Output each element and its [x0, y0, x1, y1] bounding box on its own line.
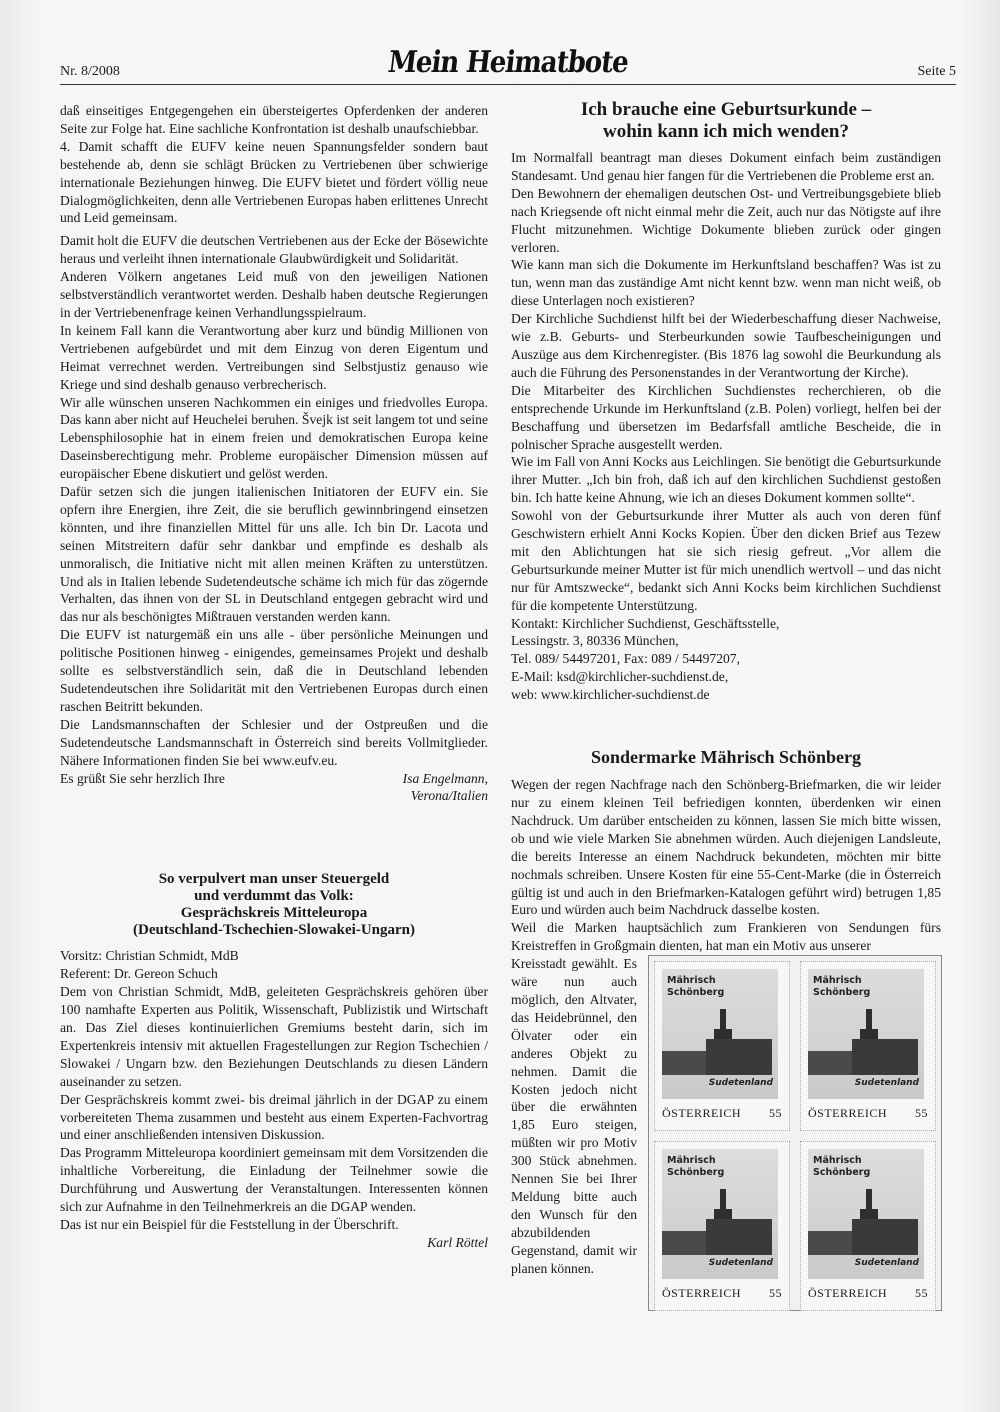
- stamp-city-label: Mährisch Schönberg: [813, 1155, 873, 1179]
- paragraph: Das Programm Mitteleuropa koordiniert ge…: [60, 1144, 488, 1216]
- paragraph: Wegen der regen Nachfrage nach den Schön…: [511, 776, 941, 919]
- stamp-country: ÖSTERREICH: [662, 1105, 741, 1123]
- stamp: Mährisch Schönberg Sudetenland ÖSTERREIC…: [800, 1141, 936, 1311]
- paragraph: Die Landsmannschaften der Schlesier und …: [60, 716, 488, 770]
- paragraph: Wie im Fall von Anni Kocks aus Leichling…: [511, 453, 941, 507]
- author-name: Karl Röttel: [60, 1234, 488, 1252]
- birth-certificate-article: Ich brauche eine Geburtsurkunde – wohin …: [511, 99, 941, 704]
- stamp-city-label: Mährisch Schönberg: [667, 975, 727, 999]
- stamp-article: Sondermarke Mährisch Schönberg Wegen der…: [511, 746, 941, 1277]
- paragraph: Im Normalfall beantragt man dieses Dokum…: [511, 149, 941, 185]
- paragraph: Die Mitarbeiter des Kirchlichen Suchdien…: [511, 382, 941, 454]
- contact-phone: Tel. 089/ 54497201, Fax: 089 / 54497207,: [511, 650, 941, 668]
- stamp-region-label: Sudetenland: [855, 1255, 919, 1273]
- title-line: Gesprächskreis Mitteleuropa: [60, 905, 488, 922]
- paragraph: In keinem Fall kann die Verantwortung ab…: [60, 322, 488, 394]
- eufv-letter: daß einseitiges Entgegengehen ein überst…: [60, 102, 488, 805]
- stamp-city-label: Mährisch Schönberg: [813, 975, 873, 999]
- stamp-value: 55: [769, 1285, 782, 1303]
- paragraph: 4. Damit schafft die EUFV keine neuen Sp…: [60, 138, 488, 228]
- right-column: Ich brauche eine Geburtsurkunde – wohin …: [511, 99, 941, 1277]
- speaker-line: Referent: Dr. Gereon Schuch: [60, 965, 488, 983]
- article-title: So verpulvert man unser Steuergeld und v…: [60, 871, 488, 939]
- page-number: Seite 5: [918, 64, 957, 80]
- steuergeld-article: So verpulvert man unser Steuergeld und v…: [60, 871, 488, 1251]
- title-line: (Deutschland-Tschechien-Slowakei-Ungarn): [60, 922, 488, 939]
- paragraph: Dem von Christian Schmidt, MdB, geleitet…: [60, 983, 488, 1090]
- stamp-country: ÖSTERREICH: [808, 1285, 887, 1303]
- page-header: Nr. 8/2008 Mein Heimatbote Seite 5: [60, 44, 956, 85]
- paragraph: Das ist nur ein Beispiel für die Festste…: [60, 1216, 488, 1234]
- paragraph: Anderen Völkern angetanes Leid muß von d…: [60, 268, 488, 322]
- stamp-value: 55: [915, 1105, 928, 1123]
- paragraph: Wie kann man sich die Dokumente im Herku…: [511, 256, 941, 310]
- title-line: Ich brauche eine Geburtsurkunde –: [511, 99, 941, 121]
- contact-block: Kontakt: Kirchlicher Suchdienst, Geschäf…: [511, 615, 941, 705]
- stamp-illustration: Mährisch Schönberg Sudetenland: [662, 969, 778, 1099]
- stamp: Mährisch Schönberg Sudetenland ÖSTERREIC…: [800, 961, 936, 1131]
- article-title: Sondermarke Mährisch Schönberg: [511, 746, 941, 768]
- stamp-sheet-image: Mährisch Schönberg Sudetenland ÖSTERREIC…: [648, 955, 942, 1311]
- contact-address: Lessingstr. 3, 80336 München,: [511, 632, 941, 650]
- title-line: wohin kann ich mich wenden?: [511, 121, 941, 143]
- stamp-section: Kreisstadt gewählt. Es wäre nun auch mög…: [511, 955, 941, 1277]
- closing-line: Es grüßt Sie sehr herzlich Ihre: [60, 770, 225, 788]
- stamp-country: ÖSTERREICH: [662, 1285, 741, 1303]
- paragraph: Weil die Marken hauptsächlich zum Franki…: [511, 919, 941, 955]
- masthead-logo: Mein Heimatbote: [58, 46, 958, 81]
- contact-email: E-Mail: ksd@kirchlicher-suchdienst.de,: [511, 668, 941, 686]
- stamp-region-label: Sudetenland: [855, 1075, 919, 1093]
- paragraph: Der Kirchliche Suchdienst hilft bei der …: [511, 310, 941, 382]
- stamp-region-label: Sudetenland: [709, 1255, 773, 1273]
- stamp-illustration: Mährisch Schönberg Sudetenland: [808, 1149, 924, 1279]
- title-line: So verpulvert man unser Steuergeld: [60, 871, 488, 888]
- stamp: Mährisch Schönberg Sudetenland ÖSTERREIC…: [654, 1141, 790, 1311]
- author-location: Verona/Italien: [60, 787, 488, 805]
- paragraph: Die EUFV ist naturgemäß ein uns alle - ü…: [60, 626, 488, 716]
- article-title: Ich brauche eine Geburtsurkunde – wohin …: [511, 99, 941, 143]
- chair-line: Vorsitz: Christian Schmidt, MdB: [60, 947, 488, 965]
- stamp-country: ÖSTERREICH: [808, 1105, 887, 1123]
- paragraph: Wir alle wünschen unseren Nachkommen ein…: [60, 394, 488, 484]
- left-column: daß einseitiges Entgegengehen ein überst…: [60, 102, 488, 1252]
- stamp: Mährisch Schönberg Sudetenland ÖSTERREIC…: [654, 961, 790, 1131]
- stamp-region-label: Sudetenland: [709, 1075, 773, 1093]
- author-name: Isa Engelmann,: [403, 770, 488, 788]
- paragraph: Der Gesprächskreis kommt zwei- bis dreim…: [60, 1091, 488, 1145]
- stamp-illustration: Mährisch Schönberg Sudetenland: [662, 1149, 778, 1279]
- paragraph: daß einseitiges Entgegengehen ein überst…: [60, 102, 488, 138]
- stamp-value: 55: [915, 1285, 928, 1303]
- paragraph: Den Bewohnern der ehemaligen deutschen O…: [511, 185, 941, 257]
- paragraph: Dafür setzen sich die jungen italienisch…: [60, 483, 488, 626]
- contact-web: web: www.kirchlicher-suchdienst.de: [511, 686, 941, 704]
- stamp-value: 55: [769, 1105, 782, 1123]
- narrow-paragraph: Kreisstadt gewählt. Es wäre nun auch mög…: [511, 955, 637, 1277]
- contact-name: Kontakt: Kirchlicher Suchdienst, Geschäf…: [511, 615, 941, 633]
- signature-row: Es grüßt Sie sehr herzlich Ihre Isa Enge…: [60, 770, 488, 788]
- stamp-city-label: Mährisch Schönberg: [667, 1155, 727, 1179]
- title-line: und verdummt das Volk:: [60, 888, 488, 905]
- paragraph: Sowohl von der Geburtsurkunde ihrer Mutt…: [511, 507, 941, 614]
- stamp-illustration: Mährisch Schönberg Sudetenland: [808, 969, 924, 1099]
- paragraph: Damit holt die EUFV die deutschen Vertri…: [60, 232, 488, 268]
